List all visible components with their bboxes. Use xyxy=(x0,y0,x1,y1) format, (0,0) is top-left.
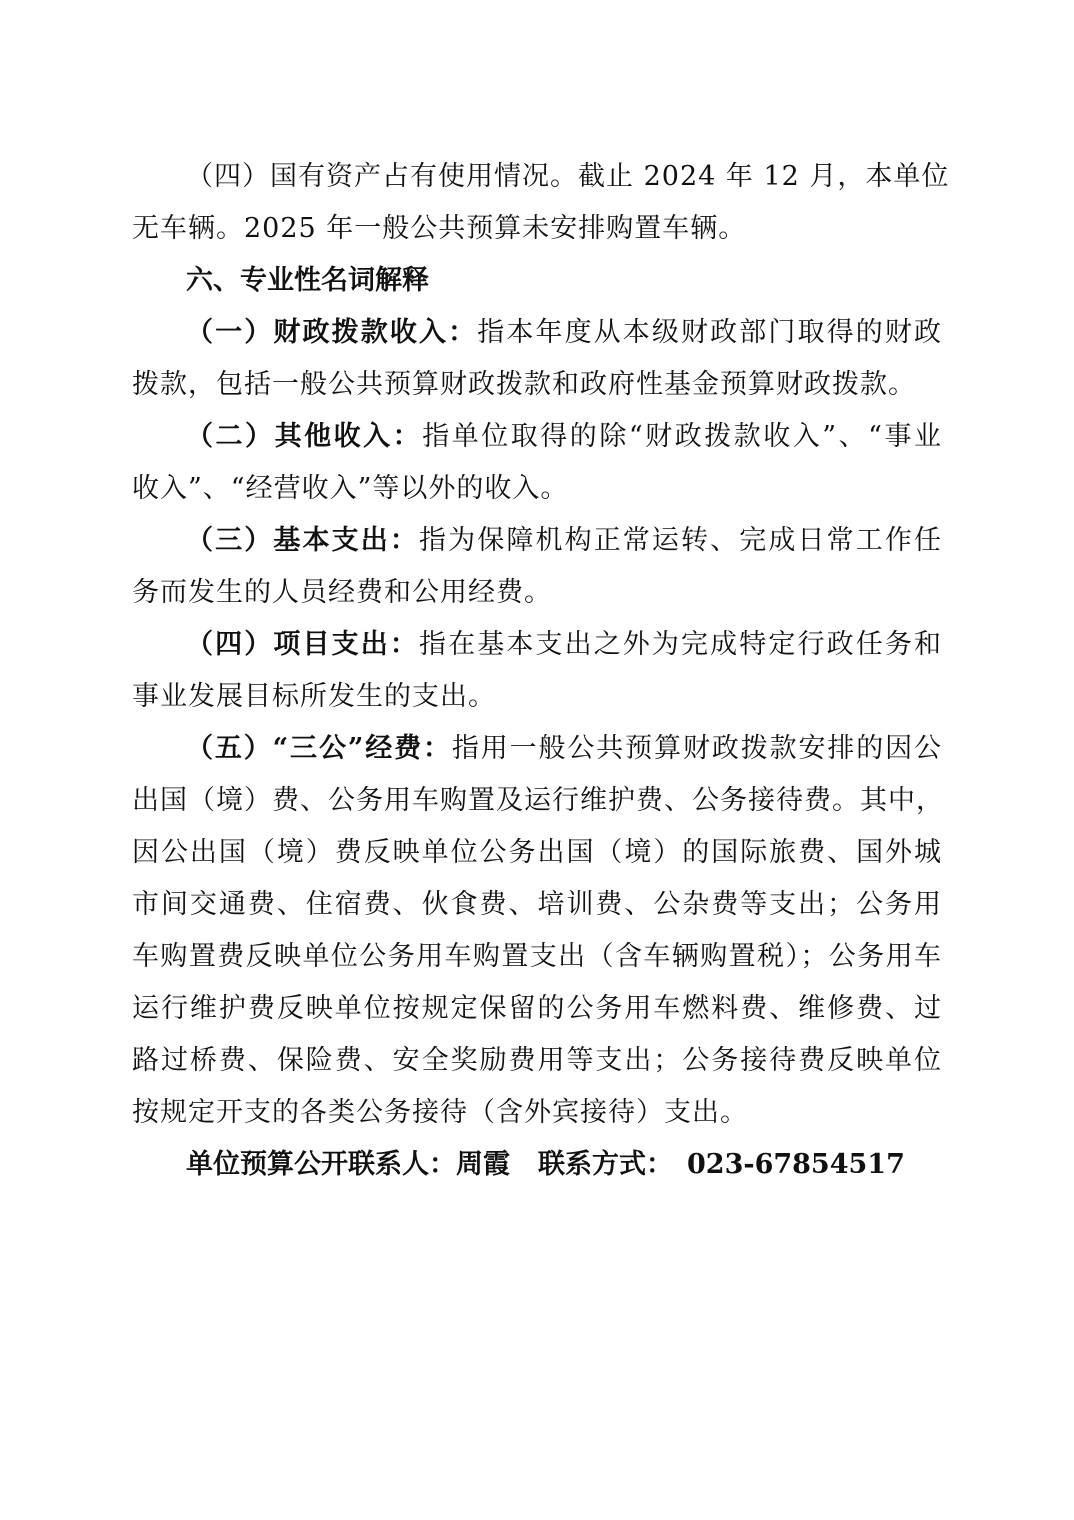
term-2-line2: 收入”、“经营收入”等以外的收入。 xyxy=(132,472,942,506)
contact-phone-label: 联系方式： xyxy=(538,1149,673,1180)
term-1-line2: 拨款，包括一般公共预算财政拨款和政府性基金预算财政拨款。 xyxy=(132,368,942,402)
contact-person-label: 单位预算公开联系人： xyxy=(186,1149,456,1180)
term-label: （三）基本支出： xyxy=(186,525,419,556)
term-5-line2: 出国（境）费、公务用车购置及运行维护费、公务接待费。其中， xyxy=(132,784,942,818)
contact-person-name: 周霞 xyxy=(456,1149,510,1180)
term-label: （五）“三公”经费： xyxy=(186,733,452,764)
term-5-line7: 路过桥费、保险费、安全奖励费用等支出；公务接待费反映单位 xyxy=(132,1044,942,1078)
term-label: （一）财政拨款收入： xyxy=(186,317,477,348)
term-4-line2: 事业发展目标所发生的支出。 xyxy=(132,680,942,714)
term-5-line8: 按规定开支的各类公务接待（含外宾接待）支出。 xyxy=(132,1096,942,1130)
term-4-line1: （四）项目支出：指在基本支出之外为完成特定行政任务和 xyxy=(186,628,942,662)
term-1-line1: （一）财政拨款收入：指本年度从本级财政部门取得的财政 xyxy=(186,316,942,350)
term-5-line4: 市间交通费、住宿费、伙食费、培训费、公杂费等支出；公务用 xyxy=(132,888,942,922)
term-3-line1: （三）基本支出：指为保障机构正常运转、完成日常工作任 xyxy=(186,524,942,558)
term-5-line6: 运行维护费反映单位按规定保留的公务用车燃料费、维修费、过 xyxy=(132,992,942,1026)
section-heading: 六、专业性名词解释 xyxy=(186,264,429,298)
term-5-line1: （五）“三公”经费：指用一般公共预算财政拨款安排的因公 xyxy=(186,732,942,766)
term-3-line2: 务而发生的人员经费和公用经费。 xyxy=(132,576,942,610)
contact-line: 单位预算公开联系人：周霞联系方式：023-67854517 xyxy=(186,1148,905,1182)
term-5-line5: 车购置费反映单位公务用车购置支出（含车辆购置税）；公务用车 xyxy=(132,940,942,974)
contact-phone: 023-67854517 xyxy=(687,1149,905,1180)
term-label: （四）项目支出： xyxy=(186,629,419,660)
asset-paragraph-line2: 无车辆。2025 年一般公共预算未安排购置车辆。 xyxy=(132,212,942,246)
term-2-line1: （二）其他收入：指单位取得的除“财政拨款收入”、“事业 xyxy=(186,420,942,454)
term-5-line3: 因公出国（境）费反映单位公务出国（境）的国际旅费、国外城 xyxy=(132,836,942,870)
term-label: （二）其他收入： xyxy=(186,421,422,452)
document-page: （四）国有资产占有使用情况。截止 2024 年 12 月，本单位 无车辆。202… xyxy=(0,0,1074,1520)
asset-paragraph-line1: （四）国有资产占有使用情况。截止 2024 年 12 月，本单位 xyxy=(186,160,942,194)
